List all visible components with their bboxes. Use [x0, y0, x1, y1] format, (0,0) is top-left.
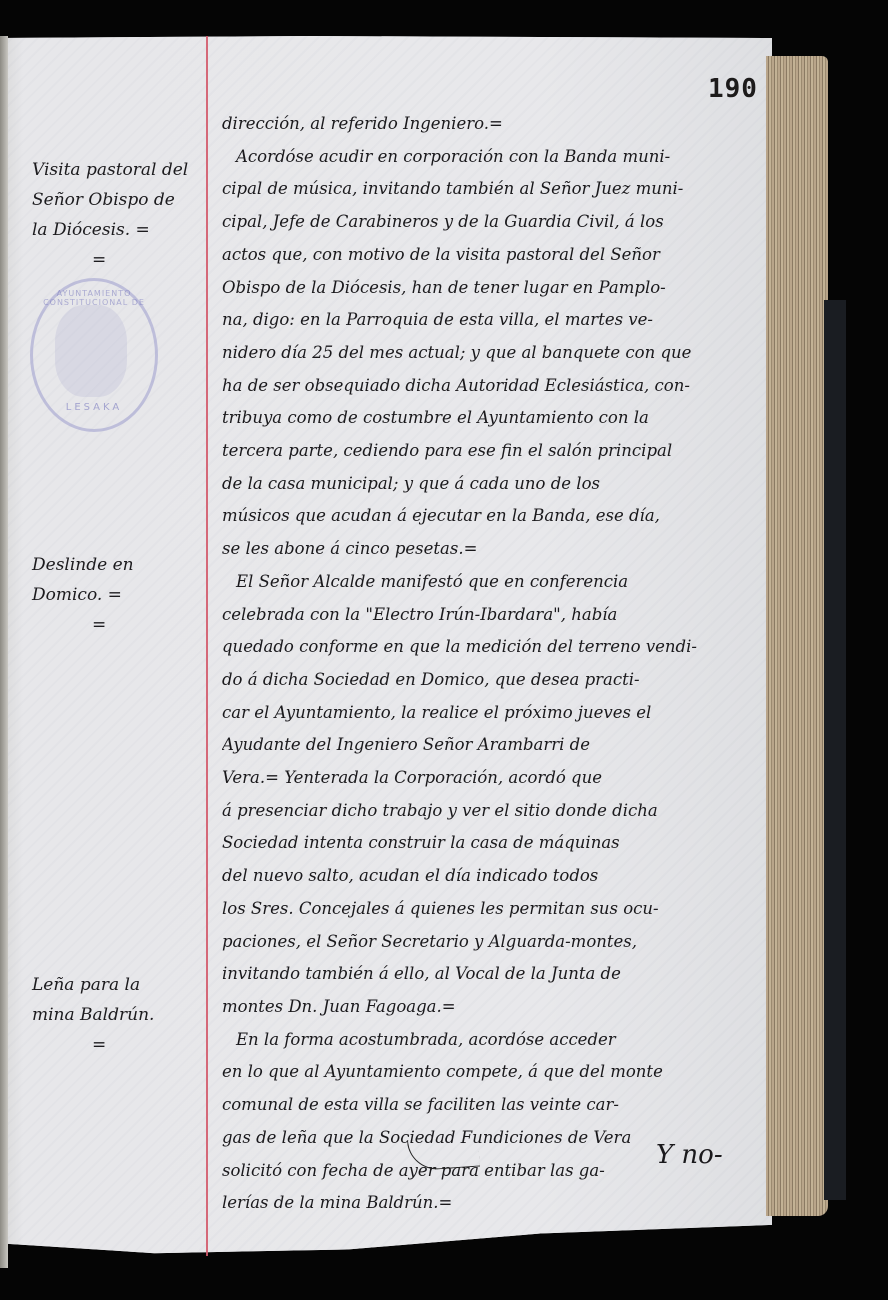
text-line: Acordóse acudir en corporación con la Ba… — [222, 141, 762, 174]
minutes-body-text: dirección, al referido Ingeniero.= Acord… — [222, 108, 762, 1220]
text-line: celebrada con la "Electro Irún-Ibardara"… — [222, 599, 762, 632]
margin-note-line: la Diócesis. = — [32, 215, 204, 245]
book-cover-edge — [824, 300, 846, 1200]
margin-note-visita-pastoral: Visita pastoral del Señor Obispo de la D… — [32, 155, 204, 275]
text-line: Sociedad intenta construir la casa de má… — [222, 827, 762, 860]
red-margin-rule — [206, 36, 208, 1256]
catchword: Y no- — [656, 1140, 723, 1170]
text-line: los Sres. Concejales á quienes les permi… — [222, 893, 762, 926]
text-line: á presenciar dicho trabajo y ver el siti… — [222, 795, 762, 828]
stamp-bottom-text: LESAKA — [33, 402, 155, 413]
text-line: Ayudante del Ingeniero Señor Arambarri d… — [222, 729, 762, 762]
text-line: quedado conforme en que la medición del … — [222, 631, 762, 664]
text-line: de la casa municipal; y que á cada uno d… — [222, 468, 762, 501]
text-line: tercera parte, cediendo para ese fin el … — [222, 435, 762, 468]
text-line: lerías de la mina Baldrún.= — [222, 1187, 762, 1220]
margin-note-line: Visita pastoral del — [32, 155, 204, 185]
margin-note-line: mina Baldrún. — [32, 1000, 204, 1030]
municipal-stamp: AYUNTAMIENTO CONSTITUCIONAL DE LESAKA — [30, 278, 158, 432]
text-line: Vera.= Yenterada la Corporación, acordó … — [222, 762, 762, 795]
text-line: músicos que acudan á ejecutar en la Band… — [222, 500, 762, 533]
text-line: actos que, con motivo de la visita pasto… — [222, 239, 762, 272]
margin-note-separator: = — [32, 1030, 204, 1060]
text-line: na, digo: en la Parroquia de esta villa,… — [222, 304, 762, 337]
margin-note-lena: Leña para la mina Baldrún. = — [32, 970, 204, 1060]
text-line: Obispo de la Diócesis, han de tener luga… — [222, 272, 762, 305]
text-line: car el Ayuntamiento, la realice el próxi… — [222, 697, 762, 730]
text-line: do á dicha Sociedad en Domico, que desea… — [222, 664, 762, 697]
text-line: nidero día 25 del mes actual; y que al b… — [222, 337, 762, 370]
margin-note-separator: = — [32, 610, 204, 640]
margin-note-line: Señor Obispo de — [32, 185, 204, 215]
margin-note-line: Deslinde en — [32, 550, 204, 580]
margin-note-separator: = — [32, 245, 204, 275]
text-line: cipal de música, invitando también al Se… — [222, 173, 762, 206]
text-line: se les abone á cinco pesetas.= — [222, 533, 762, 566]
text-line: El Señor Alcalde manifestó que en confer… — [222, 566, 762, 599]
text-line: paciones, el Señor Secretario y Alguarda… — [222, 926, 762, 959]
text-line: comunal de esta villa se faciliten las v… — [222, 1089, 762, 1122]
margin-note-line: Leña para la — [32, 970, 204, 1000]
text-line: en lo que al Ayuntamiento compete, á que… — [222, 1056, 762, 1089]
text-line: En la forma acostumbrada, acordóse acced… — [222, 1024, 762, 1057]
text-line: invitando también á ello, al Vocal de la… — [222, 958, 762, 991]
text-line: ha de ser obsequiado dicha Autoridad Ecl… — [222, 370, 762, 403]
book-binding-gutter — [0, 36, 8, 1268]
stamp-coat-of-arms-icon — [55, 305, 127, 397]
text-line: tribuya como de costumbre el Ayuntamient… — [222, 402, 762, 435]
page-edges-stack — [766, 56, 828, 1216]
text-line: cipal, Jefe de Carabineros y de la Guard… — [222, 206, 762, 239]
text-line: montes Dn. Juan Fagoaga.= — [222, 991, 762, 1024]
margin-note-line: Domico. = — [32, 580, 204, 610]
text-line: dirección, al referido Ingeniero.= — [222, 108, 762, 141]
text-line: del nuevo salto, acudan el día indicado … — [222, 860, 762, 893]
margin-note-deslinde: Deslinde en Domico. = = — [32, 550, 204, 640]
page-number: 190 — [708, 74, 758, 104]
